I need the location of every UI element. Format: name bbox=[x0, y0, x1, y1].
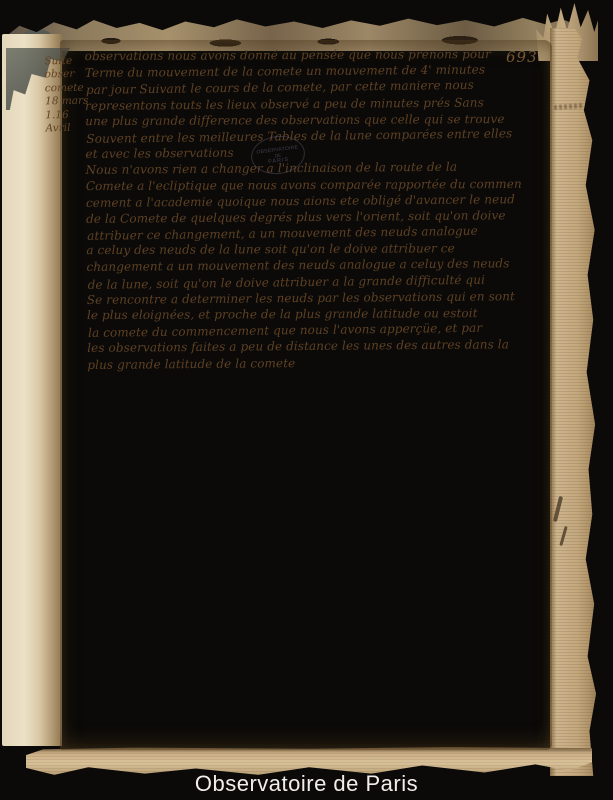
manuscript-text-block: observations nous avons donné au pensée … bbox=[85, 45, 536, 373]
manuscript-line: a celuy des neuds de la lune soit qu'on … bbox=[86, 240, 534, 259]
page-stack-right-edge bbox=[550, 28, 597, 776]
margin-note-line: comete bbox=[45, 81, 89, 95]
margin-note-line: Suite bbox=[44, 55, 88, 69]
manuscript-line: Comete a l'ecliptique que nous avons com… bbox=[86, 175, 534, 194]
stamp-text: PARIS bbox=[268, 156, 290, 165]
margin-notes: Suite obser comete 18 mars 1.16 Avril bbox=[44, 55, 89, 136]
margin-note-line: 18 mars bbox=[45, 95, 89, 109]
caption-bar: Observatoire de Paris bbox=[0, 768, 613, 800]
caption-text: Observatoire de Paris bbox=[195, 771, 418, 797]
manuscript-scan: 693 Suite obser comete 18 mars 1.16 Avri… bbox=[0, 0, 613, 800]
margin-note-line: obser bbox=[45, 68, 89, 82]
facing-page-edge bbox=[2, 34, 62, 746]
manuscript-line: observations nous avons donné au pensée … bbox=[85, 46, 533, 65]
margin-note-line: 1.16 Avril bbox=[45, 108, 89, 136]
